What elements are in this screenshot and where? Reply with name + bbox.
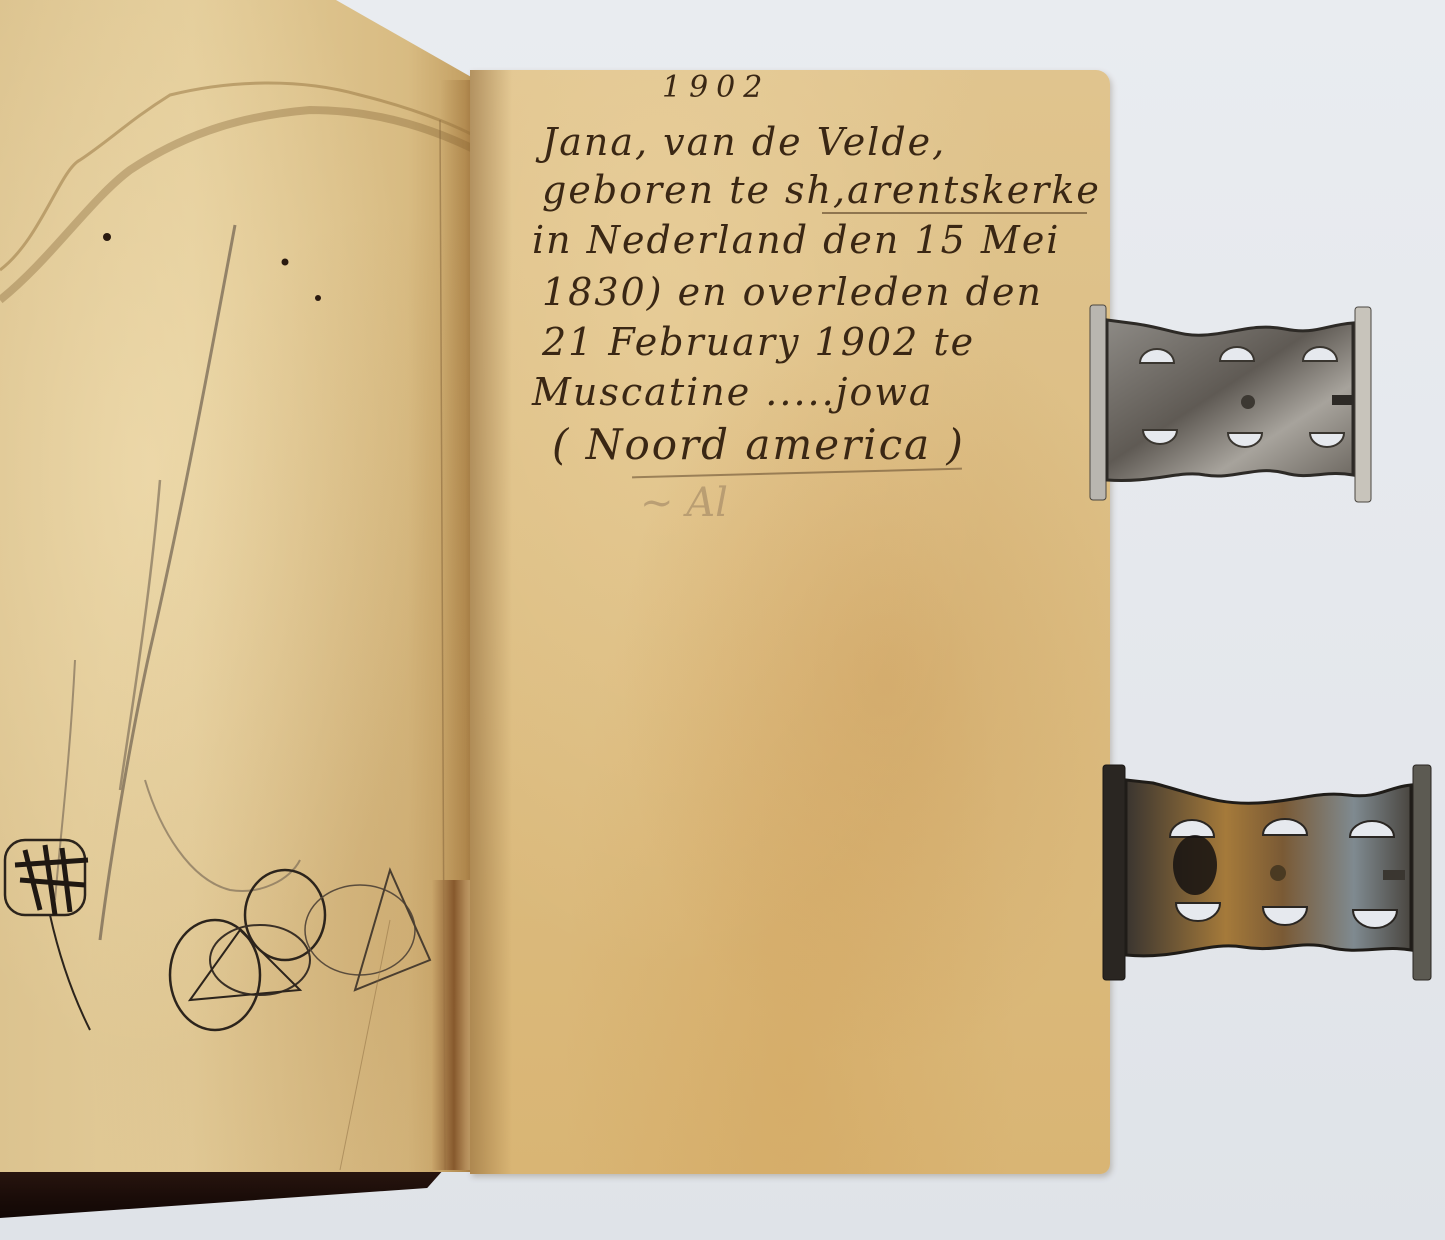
inscription-line: Muscatine .....jowa [532,370,934,414]
inscription-line: 21 February 1902 te [542,320,975,364]
photo-scene: 1902 Jana, van de Velde, geboren te sh,a… [0,0,1445,1240]
clasp-icon [1098,755,1433,985]
right-page-inner-edge [470,70,512,1174]
inscription-year: 1902 [662,70,770,105]
inscription-line: geboren te sh,arentskerke [542,168,1101,212]
inscription-line: 1830) en overleden den [542,270,1043,314]
torn-binding-strip [432,880,472,1170]
left-page-pencil-drawings [0,0,480,1172]
silver-clasp-bottom [1098,755,1433,985]
inscription-line: Jana, van de Velde, [542,120,946,164]
faint-pencil-mark: ~ Al [640,480,860,580]
silver-clasp-top [1085,295,1375,505]
inscription-underline [822,212,1087,214]
inscription-line: in Nederland den 15 Mei [532,218,1060,262]
inscription-line: ( Noord america ) [552,420,965,469]
book-cover-edge [0,1168,445,1218]
clasp-icon [1085,295,1375,505]
